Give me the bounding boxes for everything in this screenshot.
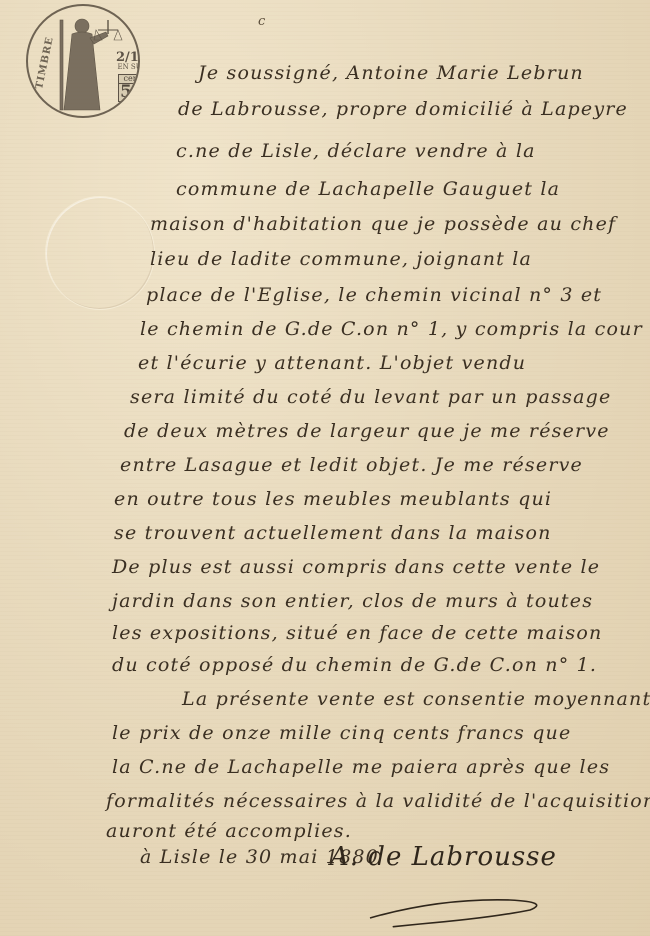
signature: A. de Labrousse bbox=[330, 842, 557, 872]
stamp-timbre-label: TIMBRE bbox=[34, 36, 56, 91]
text-line: La présente vente est consentie moyennan… bbox=[182, 688, 650, 710]
corner-mark: c bbox=[258, 14, 265, 29]
stamp-cents-box: cen. 50 bbox=[118, 74, 140, 102]
text-line: et l'écurie y attenant. L'objet vendu bbox=[138, 352, 526, 374]
text-line: De plus est aussi compris dans cette ven… bbox=[112, 556, 600, 578]
text-line: la C.ne de Lachapelle me paiera après qu… bbox=[112, 756, 610, 778]
text-line: de Labrousse, propre domicilié à Lapeyre bbox=[178, 98, 628, 120]
text-line: en outre tous les meubles meublants qui bbox=[114, 488, 552, 510]
text-line: du coté opposé du chemin de G.de C.on n°… bbox=[112, 654, 597, 676]
document-page: TIMBRE 2/10 EN SUS cen. 50 c Je soussign… bbox=[0, 0, 650, 936]
stamp-price: 2/10 EN SUS bbox=[116, 48, 140, 71]
text-line: place de l'Eglise, le chemin vicinal n° … bbox=[146, 284, 602, 306]
text-line: maison d'habitation que je possède au ch… bbox=[150, 213, 616, 235]
text-line: les expositions, situé en face de cette … bbox=[112, 622, 602, 644]
text-line: Je soussigné, Antoine Marie Lebrun bbox=[198, 62, 584, 84]
text-line: entre Lasague et ledit objet. Je me rése… bbox=[120, 454, 583, 476]
text-line: auront été accomplies. bbox=[106, 820, 352, 842]
embossed-seal bbox=[45, 196, 155, 310]
text-line: jardin dans son entier, clos de murs à t… bbox=[112, 590, 593, 612]
text-line: c.ne de Lisle, déclare vendre à la bbox=[176, 140, 536, 162]
justice-figure-icon bbox=[54, 12, 124, 112]
text-line: sera limité du coté du levant par un pas… bbox=[130, 386, 611, 408]
text-line: le chemin de G.de C.on n° 1, y compris l… bbox=[140, 318, 643, 340]
text-line: commune de Lachapelle Gauguet la bbox=[176, 178, 560, 200]
text-line: formalités nécessaires à la validité de … bbox=[106, 790, 650, 812]
fiscal-stamp: TIMBRE 2/10 EN SUS cen. 50 bbox=[26, 4, 140, 118]
text-line: le prix de onze mille cinq cents francs … bbox=[112, 722, 571, 744]
text-line: lieu de ladite commune, joignant la bbox=[150, 248, 532, 270]
signature-flourish-icon bbox=[360, 880, 580, 930]
text-line: de deux mètres de largeur que je me rése… bbox=[124, 420, 610, 442]
text-line: se trouvent actuellement dans la maison bbox=[114, 522, 552, 544]
